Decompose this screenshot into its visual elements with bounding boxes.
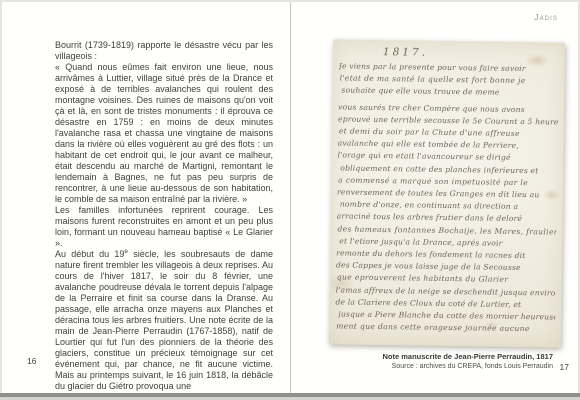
manuscript-line: souhaite que elle vous trouve de meme <box>341 85 558 100</box>
running-header: Jadis <box>534 12 558 22</box>
page-number-left: 16 <box>27 356 36 366</box>
page-right: Jadis 1817. Je viens par la presente pou… <box>290 2 578 393</box>
scan-edge-left <box>0 0 2 393</box>
manuscript-line: ment que dans cette orageuse journée auc… <box>336 321 555 336</box>
manuscript-image: 1817. Je viens par la presente pour vous… <box>329 39 565 347</box>
book-spread: Bourrit (1739-1819) rapporte le désastre… <box>0 0 580 400</box>
scan-edge-top <box>0 0 580 2</box>
nineteenth-century-paragraph: Au début du 19e siècle, les soubresauts … <box>55 249 273 392</box>
para-19e-before: Au début du 19 <box>55 249 124 259</box>
caption-source: Source : archives du CREPA, fonds Louis … <box>313 363 553 370</box>
manuscript-lines: Je viens par la presente pour vous faire… <box>335 60 559 336</box>
caption-title: Note manuscrite de Jean-Pierre Perraudin… <box>313 352 553 361</box>
page-number-right: 17 <box>560 362 569 372</box>
left-text-column: Bourrit (1739-1819) rapporte le désastre… <box>55 40 273 392</box>
bourrit-quote: « Quand nous eûmes fait environ une lieu… <box>55 62 273 205</box>
intro-paragraph: Bourrit (1739-1819) rapporte le désastre… <box>55 40 273 62</box>
families-paragraph: Les familles infortunées reprirent coura… <box>55 205 273 249</box>
manuscript-year: 1817. <box>383 46 559 60</box>
para-19e-after: siècle, les soubresauts de dame nature f… <box>55 249 273 391</box>
page-left: Bourrit (1739-1819) rapporte le désastre… <box>2 2 289 393</box>
